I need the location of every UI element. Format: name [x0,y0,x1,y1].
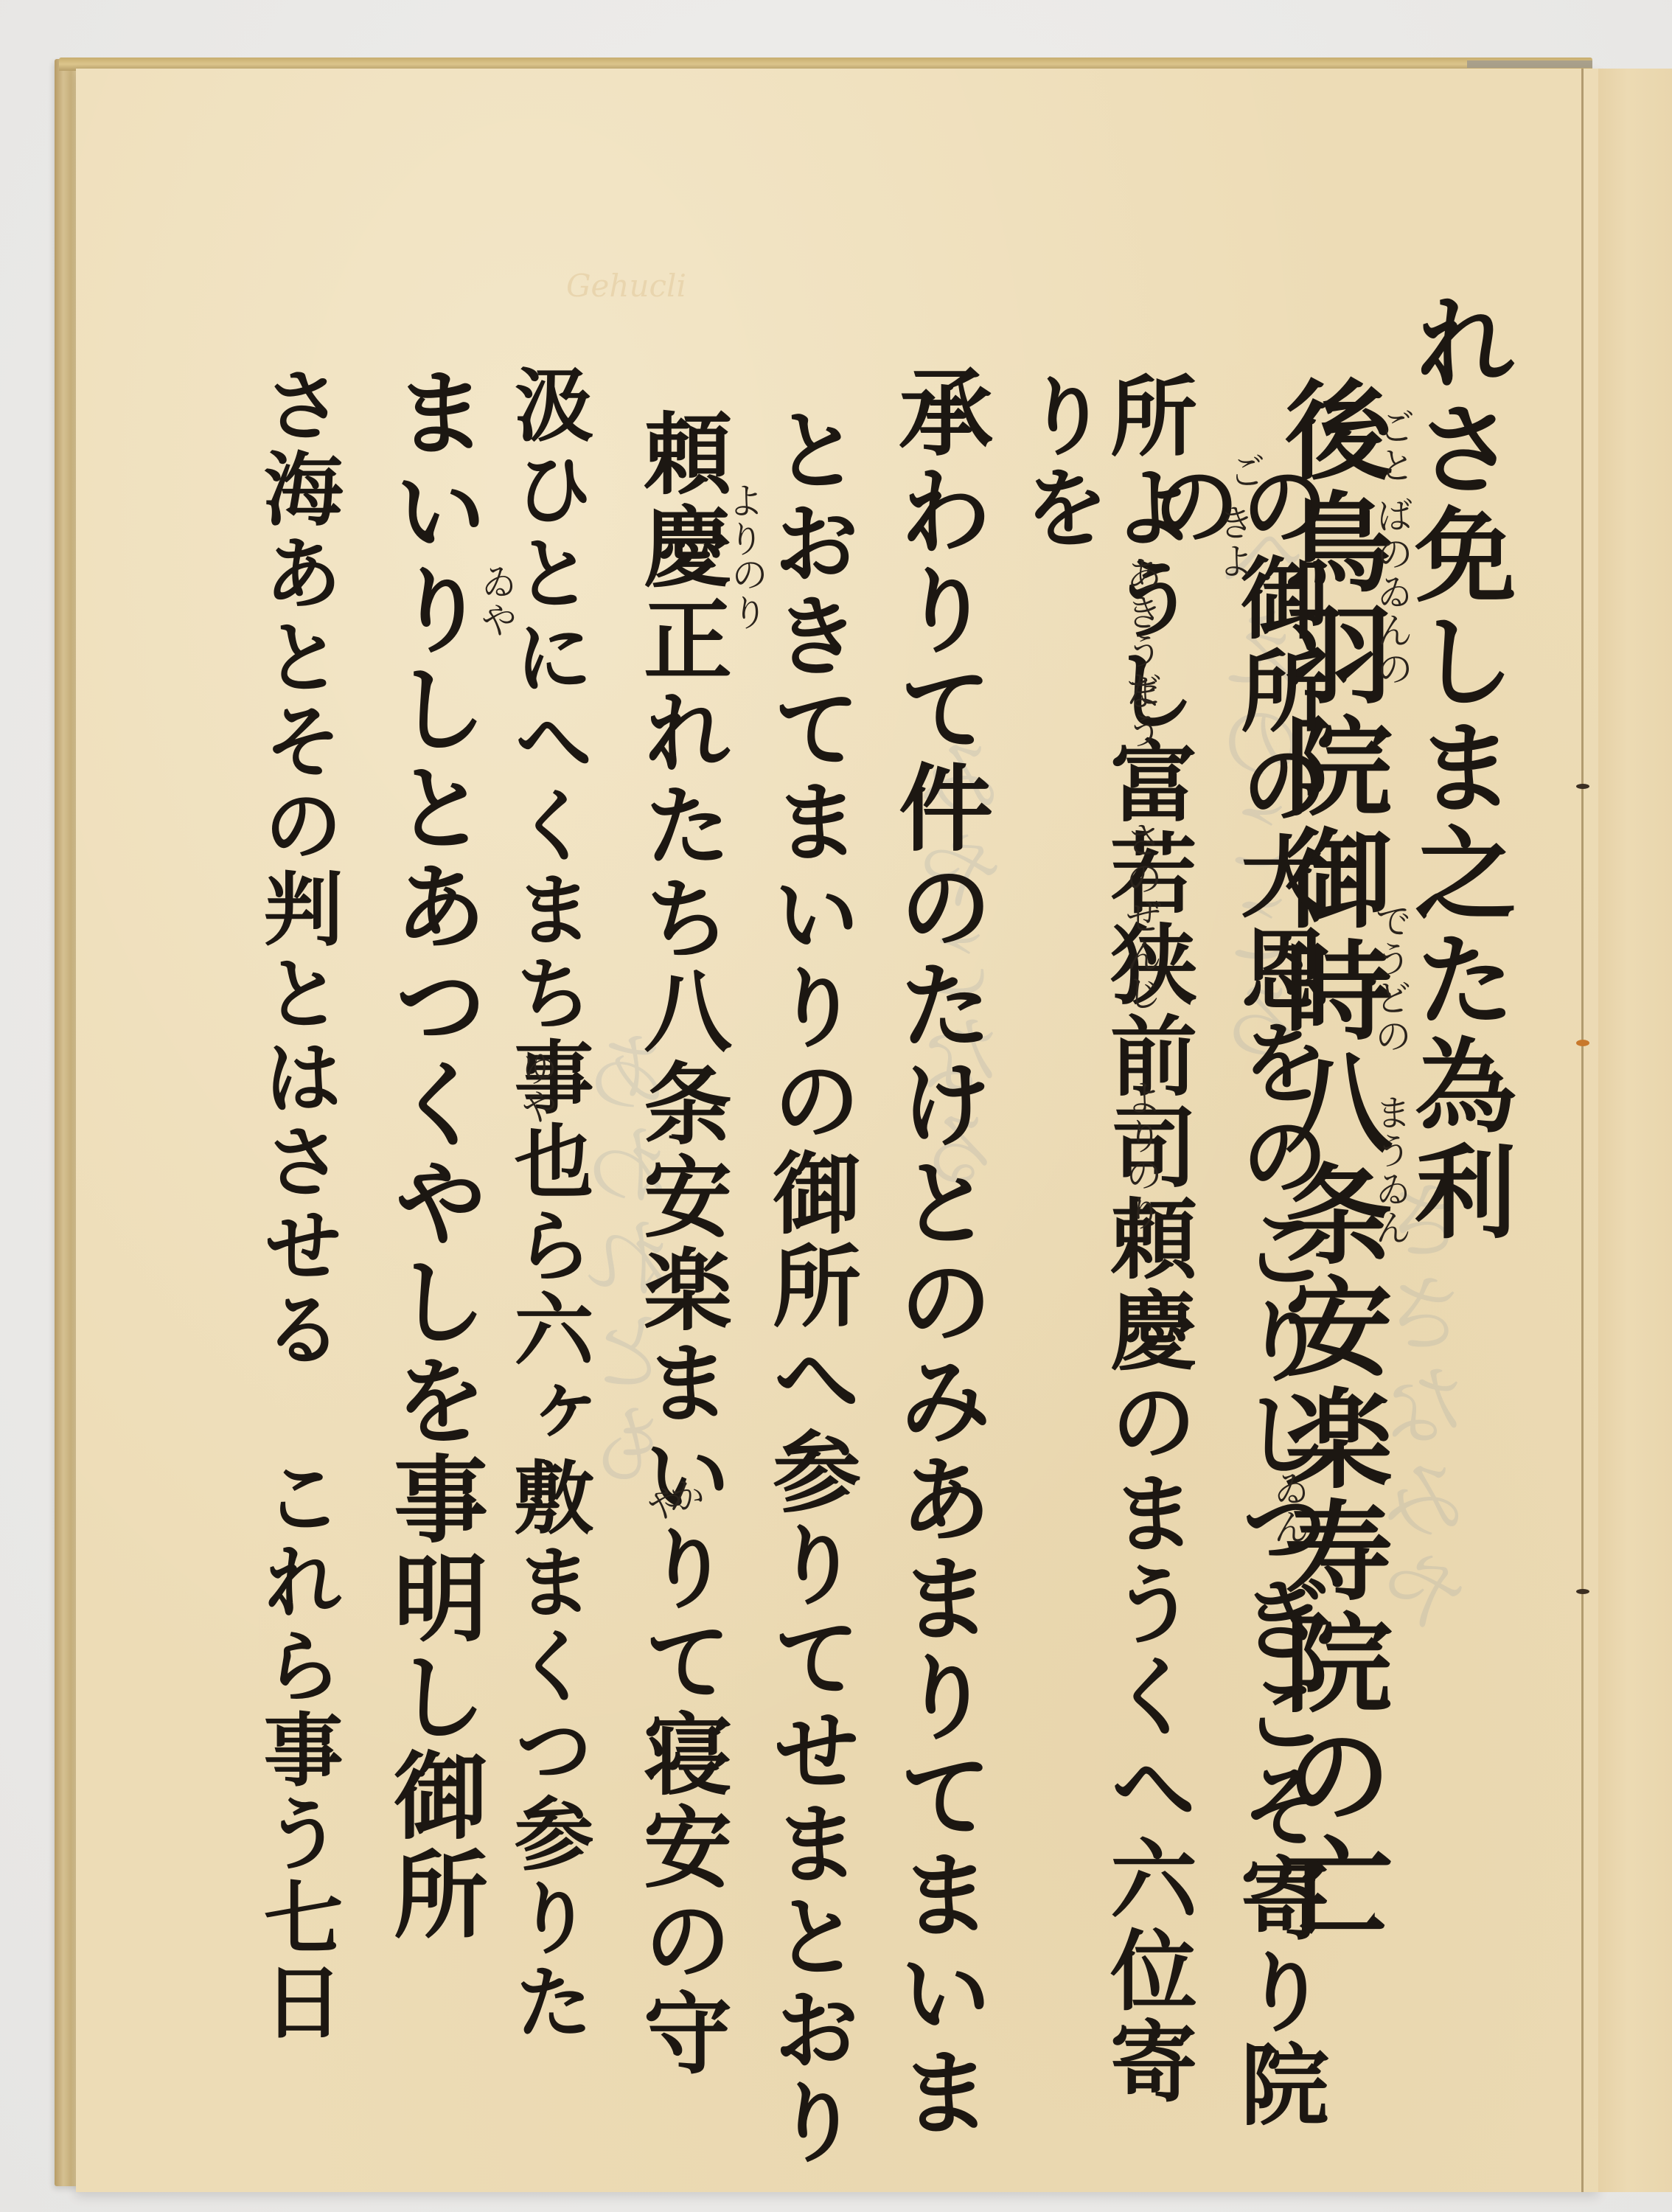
furigana: きよ [1215,504,1252,580]
text-column-1: れさ免しま之た為利 [1407,290,1508,1245]
text-column-10: さ海あとその判とはさせる これら事う七日 [257,364,336,2045]
furigana: まうゐん [1372,1093,1409,1247]
furigana: よりのり [1123,1079,1160,1232]
furigana: まう [1123,673,1160,750]
text-column-5: 承わりて件のたけとのみあまりてまいま [891,364,985,2142]
furigana: でうどの [1372,902,1409,1055]
furigana: ご [1226,452,1263,490]
text-column-8: 汲ひとにへくまち事也ら六ヶ敷まくつ参りた [507,364,587,2045]
furigana: さのぜんじ [1123,821,1160,1012]
furigana: ごと [1376,408,1413,484]
furigana: ばのゐんの [1373,496,1410,688]
worn-cover-corner [1467,60,1592,68]
text-column-9: まいりしとあつくやしを事明し御所 [386,364,480,1944]
page-watermark: Gehucli [566,268,686,304]
binding-stitch [1576,1589,1589,1594]
furigana: ゆや [518,1049,555,1126]
manuscript-page: Gehucli へえのこころ みやこなる あわれとも ささなみや れさ免しま之た… [76,69,1598,2192]
furigana: ゐや [478,563,515,639]
binding-stitch [1576,784,1589,789]
binding-stitch-rust [1576,1040,1589,1046]
furigana: より [725,481,762,558]
text-column-7: 頼慶正れたち八条安楽まいりて寝安の守 [636,408,725,2080]
text-column-6: とおきてまいりの御所へ参りてせまとおり [765,404,854,2169]
binding-gutter [1581,69,1584,2192]
furigana: ゐん [1270,1470,1307,1546]
furigana: のり [728,555,765,632]
facing-page-edge [1598,69,1672,2192]
text-column-4: 所ようし富若狭前司頼慶のまうくへ六位寄りを [1016,371,1190,2192]
furigana: や [644,1484,680,1523]
